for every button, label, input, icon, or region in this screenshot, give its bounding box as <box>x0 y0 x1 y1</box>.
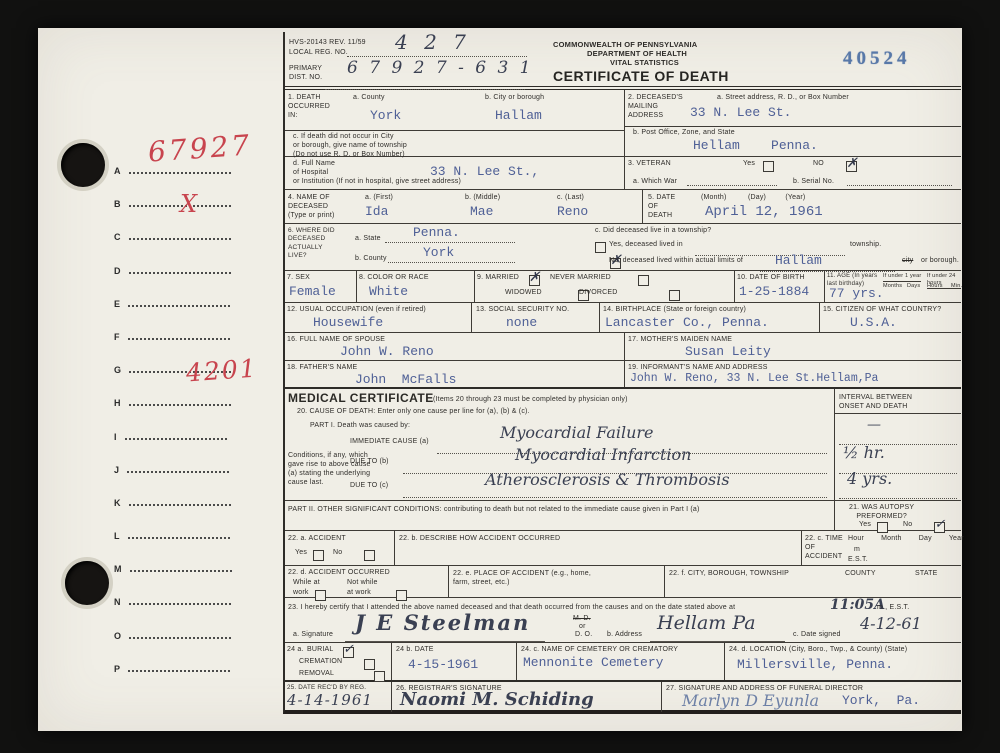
s5-label: 5. DATE OF DEATH <box>648 193 675 220</box>
s19-value: John W. Reno, 33 N. Lee St.Hellam,Pa <box>630 372 878 385</box>
s25-value: 4-14-1961 <box>287 691 373 709</box>
row-death-occurred: 1. DEATH OCCURRED IN: a. County York b. … <box>285 90 961 190</box>
s6c-label: c. Did deceased live in a township? <box>595 226 711 235</box>
interval-header: INTERVAL BETWEEN ONSET AND DEATH <box>839 393 912 411</box>
s21-yes-label: Yes <box>859 520 871 529</box>
s3-serial-line <box>847 176 952 186</box>
s22d-not-label: Not while <box>347 578 378 587</box>
s7-value: Female <box>289 284 336 299</box>
red-handwritten-number-h: 4201 <box>185 354 258 388</box>
s4a-value: Ida <box>365 204 388 219</box>
s3-no-label: NO <box>813 159 824 168</box>
section-24d-location: 24. d. LOCATION (City, Boro., Twp., & Co… <box>725 643 961 680</box>
row-medical-certificate: MEDICAL CERTIFICATE (Items 20 through 23… <box>285 389 961 501</box>
s9-widowed-label: WIDOWED <box>505 288 542 297</box>
s20-duec-label: DUE TO (c) <box>350 481 388 490</box>
s24b-value: 4-15-1961 <box>408 657 478 672</box>
interval-b-value: ½ hr. <box>843 443 885 462</box>
s24-removal-checkbox <box>374 671 385 682</box>
section-22b-describe: 22. b. DESCRIBE HOW ACCIDENT OCCURRED <box>395 531 802 565</box>
section-22f-city: 22. f. CITY, BOROUGH, TOWNSHIP COUNTY ST… <box>665 566 961 597</box>
margin-dotted-line <box>128 535 230 539</box>
section-5-date-of-death: 5. DATE OF DEATH (Month) (Day) (Year) Ap… <box>643 190 961 223</box>
section-1-death-occurred: 1. DEATH OCCURRED IN: a. County York b. … <box>285 90 625 189</box>
s22a-no-checkbox <box>364 550 375 561</box>
s2-label: 2. DECEASED'S MAILING ADDRESS <box>628 93 683 120</box>
margin-letter: G <box>114 365 121 375</box>
margin-letter: D <box>114 266 121 276</box>
s3-no-checkmark: ✗ <box>846 156 857 171</box>
s3-whichwar-line <box>687 176 777 186</box>
margin-index: A B C D E F G H I J K L M N O P <box>114 166 252 674</box>
s2a-value: 33 N. Lee St. <box>690 105 791 120</box>
s9-divorced-checkbox <box>669 290 680 301</box>
margin-row: F <box>114 332 252 342</box>
s20c-line <box>403 488 827 498</box>
s23-address-value: Hellam Pa <box>657 612 756 634</box>
s20-dueb-label: DUE TO (b) <box>350 457 389 466</box>
part2-label: PART II. OTHER SIGNIFICANT CONDITIONS: c… <box>288 505 828 514</box>
s9-never-checkbox <box>638 275 649 286</box>
section-16-spouse: 16. FULL NAME OF SPOUSE John W. Reno <box>285 333 625 360</box>
s6-yes-line <box>695 246 845 256</box>
section-23-certification: 23. I hereby certify that I attended the… <box>285 598 961 642</box>
s6-no-value: Hallam <box>775 253 822 268</box>
s9-married-checkbox: ✗ <box>529 275 540 286</box>
row-father-informant: 18. FATHER'S NAME John McFalls 19. INFOR… <box>285 361 961 389</box>
punch-hole-top <box>61 143 105 187</box>
s8-label: 8. COLOR OR RACE <box>359 273 429 282</box>
margin-row: N <box>114 597 252 607</box>
margin-dotted-line <box>129 502 231 506</box>
s4b-label: b. (Middle) <box>465 193 500 202</box>
s9-married-checkmark: ✗ <box>529 270 540 285</box>
s6-or-borough: or borough. <box>921 256 959 265</box>
margin-dotted-line <box>129 236 231 240</box>
medical-certificate-title: MEDICAL CERTIFICATE <box>288 391 434 405</box>
s22f-label: 22. f. CITY, BOROUGH, TOWNSHIP <box>669 569 789 578</box>
section-25-date-received: 25. DATE REC'D BY REG. 4-14-1961 <box>285 682 392 712</box>
margin-row: H <box>114 398 252 408</box>
margin-row: M <box>114 564 252 574</box>
s19-label: 19. INFORMANT'S NAME AND ADDRESS <box>628 363 768 372</box>
section-4-name-of-deceased: 4. NAME OF DECEASED (Type or print) a. (… <box>285 190 643 223</box>
s22c-est-label: E.S.T. <box>848 555 868 564</box>
margin-dotted-line <box>130 568 232 572</box>
s23-address-label: b. Address <box>607 630 642 639</box>
s20b-value: Myocardial Infarction <box>515 445 691 464</box>
s23-address-line <box>650 632 785 642</box>
s24a-number: 24 a. <box>287 645 304 654</box>
s24-burial-label: BURIAL <box>307 645 334 654</box>
margin-row: I <box>114 432 252 442</box>
s27-signature-value: Marlyn D Eyunla <box>682 691 819 710</box>
certificate-form: HVS-20143 REV. 11/59 LOCAL REG. NO. 4 2 … <box>283 32 961 714</box>
s1d-value: 33 N. Lee St., <box>430 164 539 179</box>
s6-yes-checkbox <box>595 242 606 253</box>
s4a-label: a. (First) <box>365 193 393 202</box>
margin-dotted-line <box>128 336 230 340</box>
section-20-cause-of-death: MEDICAL CERTIFICATE (Items 20 through 23… <box>285 389 835 500</box>
s22d-atwork-label: at work <box>347 588 371 597</box>
local-reg-label: LOCAL REG. NO. <box>289 48 348 57</box>
s21-label: 21. WAS AUTOPSY PREFORMED? <box>849 503 914 521</box>
s3-whichwar-label: a. Which War <box>633 177 677 186</box>
s21-no-label: No <box>903 520 912 529</box>
s6-label: 6. WHERE DID DECEASED ACTUALLY LIVE? <box>288 227 335 261</box>
s6-no-text: No, deceased lived within actual limits … <box>609 256 743 265</box>
s3-yes-checkbox <box>763 161 774 172</box>
s11-months-label: Months <box>883 283 902 290</box>
section-24b-date: 24 b. DATE 4-15-1961 <box>392 643 517 680</box>
margin-dotted-line <box>129 270 231 274</box>
margin-row: C <box>114 232 252 242</box>
primary-dist-label: PRIMARY DIST. NO. <box>289 64 322 82</box>
section-8-color-race: 8. COLOR OR RACE White <box>357 271 475 302</box>
s18-label: 18. FATHER'S NAME <box>287 363 357 372</box>
s5-value: April 12, 1961 <box>705 204 823 220</box>
photo-background: A B C D E F G H I J K L M N O P 67927 X … <box>0 0 1000 753</box>
interval-c-value: 4 yrs. <box>847 469 892 488</box>
s22d-label: 22. d. ACCIDENT OCCURRED <box>288 568 390 577</box>
margin-dotted-line <box>128 668 230 672</box>
s6a-value: Penna. <box>413 225 460 240</box>
s22d-while-label: While at <box>293 578 320 587</box>
form-number: HVS-20143 REV. 11/59 <box>289 38 366 47</box>
section-6-residence: 6. WHERE DID DECEASED ACTUALLY LIVE? a. … <box>285 224 961 270</box>
s3-yes-label: Yes <box>743 159 755 168</box>
section-11-age: 11. AGE (In years last birthday) 77 yrs.… <box>825 271 961 302</box>
margin-dotted-line <box>129 635 231 639</box>
s4-label: 4. NAME OF DECEASED (Type or print) <box>288 193 335 220</box>
row-accident-abc: 22. a. ACCIDENT Yes No 22. b. DESCRIBE H… <box>285 531 961 566</box>
section-7-sex: 7. SEX Female <box>285 271 357 302</box>
s12-value: Housewife <box>313 315 383 330</box>
s14-label: 14. BIRTHPLACE (State or foreign country… <box>603 305 746 314</box>
s11-under1-label: If under 1 year <box>883 273 921 282</box>
s4b-value: Mae <box>470 204 493 219</box>
s13-label: 13. SOCIAL SECURITY NO. <box>476 305 569 314</box>
s20-part1-label: PART I. Death was caused by: <box>310 421 410 430</box>
s16-value: John W. Reno <box>340 344 434 359</box>
s6b-value: York <box>423 245 454 260</box>
margin-letter: B <box>114 199 121 209</box>
margin-letter: H <box>114 398 121 408</box>
s2b-label: b. Post Office, Zone, and State <box>633 128 735 137</box>
s26-value: Naomi M. Schiding <box>400 689 594 710</box>
s1b-value: Hallam <box>495 108 542 123</box>
s6-yes-text: Yes, deceased lived in <box>609 240 683 249</box>
primary-dist-line <box>325 80 525 90</box>
s20-immediate-label: IMMEDIATE CAUSE (a) <box>350 437 429 446</box>
interval-c-line <box>839 489 957 499</box>
s22f-county-label: COUNTY <box>845 569 876 578</box>
s23-datesigned-label: c. Date signed <box>793 630 841 639</box>
row-certification: 23. I hereby certify that I attended the… <box>285 598 961 643</box>
s3-serial-label: b. Serial No. <box>793 177 834 186</box>
s24-cremation-checkbox <box>364 659 375 670</box>
margin-dotted-line <box>127 469 229 473</box>
margin-letter: A <box>114 166 121 176</box>
margin-row: A <box>114 166 252 176</box>
margin-letter: N <box>114 597 121 607</box>
s6-township: township. <box>850 240 881 249</box>
s2b-value: Hellam Penna. <box>693 138 818 153</box>
s6-city-strikethrough: city <box>902 256 913 265</box>
interval-a-value: — <box>867 417 881 433</box>
s23-mest-label: m., E.S.T. <box>877 603 909 612</box>
margin-letter: M <box>114 564 122 574</box>
certificate-number-stamp: 40524 <box>843 48 911 70</box>
row-spouse-mother: 16. FULL NAME OF SPOUSE John W. Reno 17.… <box>285 333 961 361</box>
margin-row: O <box>114 631 252 641</box>
section-17-mother: 17. MOTHER'S MAIDEN NAME Susan Leity <box>625 333 961 360</box>
s20a-value: Myocardial Failure <box>500 423 654 442</box>
s22c-label: 22. c. TIME OF ACCIDENT <box>805 534 843 561</box>
form-header: HVS-20143 REV. 11/59 LOCAL REG. NO. 4 2 … <box>285 32 961 90</box>
s5-columns: (Month) (Day) (Year) <box>701 193 805 202</box>
s1a-value: York <box>370 108 401 123</box>
red-handwritten-number: 67927 <box>147 128 253 168</box>
s9-divorced-label: DIVORCED <box>579 288 618 297</box>
s2a-label: a. Street address, R. D., or Box Number <box>717 93 849 102</box>
s24b-label: 24 b. DATE <box>396 645 434 654</box>
margin-row: E <box>114 299 252 309</box>
row-accident-def: 22. d. ACCIDENT OCCURRED While at Not wh… <box>285 566 961 598</box>
s20c-value: Atherosclerosis & Thrombosis <box>485 470 730 489</box>
margin-dotted-line <box>129 170 231 174</box>
s16-label: 16. FULL NAME OF SPOUSE <box>287 335 385 344</box>
s20-cause-label: 20. CAUSE OF DEATH: Enter only one cause… <box>297 407 530 416</box>
section-26-registrar-signature: 26. REGISTRAR'S SIGNATURE Naomi M. Schid… <box>392 682 662 712</box>
punch-hole-bottom <box>65 561 109 605</box>
s1a-label: a. County <box>353 93 385 102</box>
s23-datesigned-value: 4-12-61 <box>860 614 922 633</box>
margin-dotted-line <box>129 601 231 605</box>
margin-letter: F <box>114 332 120 342</box>
section-27-funeral-director: 27. SIGNATURE AND ADDRESS OF FUNERAL DIR… <box>662 682 961 712</box>
certificate-title: CERTIFICATE OF DEATH <box>553 68 729 84</box>
row-burial: 24 a. BURIAL ✓ CREMATION REMOVAL 24 b. D… <box>285 643 961 682</box>
margin-dotted-line <box>129 402 231 406</box>
s18-value: John McFalls <box>355 372 456 387</box>
margin-row: K <box>114 498 252 508</box>
s9-never-label: NEVER MARRIED <box>550 273 611 282</box>
death-certificate-document: A B C D E F G H I J K L M N O P 67927 X … <box>38 28 962 731</box>
row-residence: 6. WHERE DID DECEASED ACTUALLY LIVE? a. … <box>285 224 961 271</box>
medical-certificate-subtitle: (Items 20 through 23 must be completed b… <box>433 395 628 404</box>
s8-value: White <box>369 284 408 299</box>
interval-divider <box>835 413 961 414</box>
part2-other-conditions: PART II. OTHER SIGNIFICANT CONDITIONS: c… <box>285 501 835 530</box>
s22d-work-label: work <box>293 588 309 597</box>
s15-value: U.S.A. <box>850 315 897 330</box>
s13-value: none <box>506 315 537 330</box>
section-22e-place: 22. e. PLACE OF ACCIDENT (e.g., home, fa… <box>449 566 665 597</box>
row-name-date-of-death: 4. NAME OF DECEASED (Type or print) a. (… <box>285 190 961 224</box>
row-occupation-ssn-birthplace-citizen: 12. USUAL OCCUPATION (even if retired) H… <box>285 303 961 333</box>
section-14-birthplace: 14. BIRTHPLACE (State or foreign country… <box>600 303 820 332</box>
section-21-autopsy: 21. WAS AUTOPSY PREFORMED? Yes No ✓ <box>835 501 961 530</box>
s22a-yes-label: Yes <box>295 548 307 557</box>
section-18-father: 18. FATHER'S NAME John McFalls <box>285 361 625 387</box>
section-12-occupation: 12. USUAL OCCUPATION (even if retired) H… <box>285 303 472 332</box>
s23-signature-label: a. Signature <box>293 630 333 639</box>
s9-married-label: 9. MARRIED <box>477 273 519 282</box>
margin-letter: P <box>114 664 120 674</box>
s14-value: Lancaster Co., Penna. <box>605 315 769 330</box>
s11-min-label: Min. <box>951 283 962 290</box>
s15-label: 15. CITIZEN OF WHAT COUNTRY? <box>823 305 941 314</box>
s23-signature-line <box>345 632 545 642</box>
s12-label: 12. USUAL OCCUPATION (even if retired) <box>287 305 426 314</box>
section-10-date-of-birth: 10. DATE OF BIRTH 1-25-1884 <box>735 271 825 302</box>
margin-letter: C <box>114 232 121 242</box>
s22a-yes-checkbox <box>313 550 324 561</box>
s24-burial-checkmark: ✓ <box>343 642 354 657</box>
margin-letter: O <box>114 631 121 641</box>
section-22a-accident: 22. a. ACCIDENT Yes No <box>285 531 395 565</box>
margin-letter: L <box>114 531 120 541</box>
s22c-columns: Hour Month Day Year <box>848 534 964 543</box>
section-24a-burial: 24 a. BURIAL ✓ CREMATION REMOVAL <box>285 643 392 680</box>
s24-burial-checkbox: ✓ <box>343 647 354 658</box>
s3-no-checkbox: ✗ <box>846 161 857 172</box>
s1-label: 1. DEATH OCCURRED IN: <box>288 93 330 120</box>
margin-letter: J <box>114 465 119 475</box>
s10-value: 1-25-1884 <box>739 284 809 299</box>
s1b-label: b. City or borough <box>485 93 544 102</box>
s11-value: 77 yrs. <box>829 286 884 301</box>
red-handwritten-x: X <box>180 190 197 218</box>
margin-letter: K <box>114 498 121 508</box>
margin-row: L <box>114 531 252 541</box>
margin-row: J <box>114 465 252 475</box>
row-sex-race-marital-birth-age: 7. SEX Female 8. COLOR OR RACE White 9. … <box>285 271 961 303</box>
margin-dotted-line <box>125 436 227 440</box>
s11-hours-label: Hours <box>927 283 943 290</box>
s24d-label: 24. d. LOCATION (City, Boro., Twp., & Co… <box>729 645 907 654</box>
s22e-label: 22. e. PLACE OF ACCIDENT (e.g., home, fa… <box>453 569 591 587</box>
margin-row: P <box>114 664 252 674</box>
s27-city-value: York, Pa. <box>842 693 920 708</box>
section-2-3-address-veteran: 2. DECEASED'S MAILING ADDRESS a. Street … <box>625 90 961 189</box>
vital-line: VITAL STATISTICS <box>610 58 679 68</box>
s17-label: 17. MOTHER'S MAIDEN NAME <box>628 335 732 344</box>
section-24c-cemetery: 24. c. NAME OF CEMETERY OR CREMATORY Men… <box>517 643 725 680</box>
interval-column: INTERVAL BETWEEN ONSET AND DEATH — ½ hr.… <box>835 389 961 500</box>
primary-dist-value: 6 7 9 2 7 - 6 3 1 <box>347 58 534 78</box>
margin-letter: E <box>114 299 120 309</box>
s23-do-label: D. O. <box>575 630 592 639</box>
s6a-label: a. State <box>355 234 381 243</box>
local-reg-value: 4 2 7 <box>395 30 471 54</box>
s4c-label: c. (Last) <box>557 193 584 202</box>
s7-label: 7. SEX <box>287 273 310 282</box>
s4c-value: Reno <box>557 204 588 219</box>
s11-days-label: Days <box>907 283 920 290</box>
s24d-value: Millersville, Penna. <box>737 657 893 672</box>
row-part2-autopsy: PART II. OTHER SIGNIFICANT CONDITIONS: c… <box>285 501 961 531</box>
s6b-label: b. County <box>355 254 387 263</box>
section-22c-time: 22. c. TIME OF ACCIDENT Hour Month Day Y… <box>802 531 961 565</box>
s22c-m-label: m <box>854 545 860 554</box>
s17-value: Susan Leity <box>685 344 771 359</box>
s3-label: 3. VETERAN <box>628 159 671 168</box>
margin-letter: I <box>114 432 117 442</box>
margin-dotted-line <box>128 303 230 307</box>
s10-label: 10. DATE OF BIRTH <box>737 273 805 282</box>
section-19-informant: 19. INFORMANT'S NAME AND ADDRESS John W.… <box>625 361 961 387</box>
s22a-no-label: No <box>333 548 342 557</box>
section-22d-occurred: 22. d. ACCIDENT OCCURRED While at Not wh… <box>285 566 449 597</box>
row-registrar: 25. DATE REC'D BY REG. 4-14-1961 26. REG… <box>285 682 961 712</box>
s22b-label: 22. b. DESCRIBE HOW ACCIDENT OCCURRED <box>399 534 560 543</box>
margin-row: D <box>114 266 252 276</box>
s24c-label: 24. c. NAME OF CEMETERY OR CREMATORY <box>521 645 678 654</box>
s24-removal-label: REMOVAL <box>299 669 334 678</box>
section-13-ssn: 13. SOCIAL SECURITY NO. none <box>472 303 600 332</box>
section-15-citizen: 15. CITIZEN OF WHAT COUNTRY? U.S.A. <box>820 303 961 332</box>
s22f-state-label: STATE <box>915 569 938 578</box>
section-9-marital-status: 9. MARRIED ✗ NEVER MARRIED WIDOWED DIVOR… <box>475 271 735 302</box>
s24c-value: Mennonite Cemetery <box>523 655 663 670</box>
s22a-label: 22. a. ACCIDENT <box>288 534 346 543</box>
s24-cremation-label: CREMATION <box>299 657 342 666</box>
